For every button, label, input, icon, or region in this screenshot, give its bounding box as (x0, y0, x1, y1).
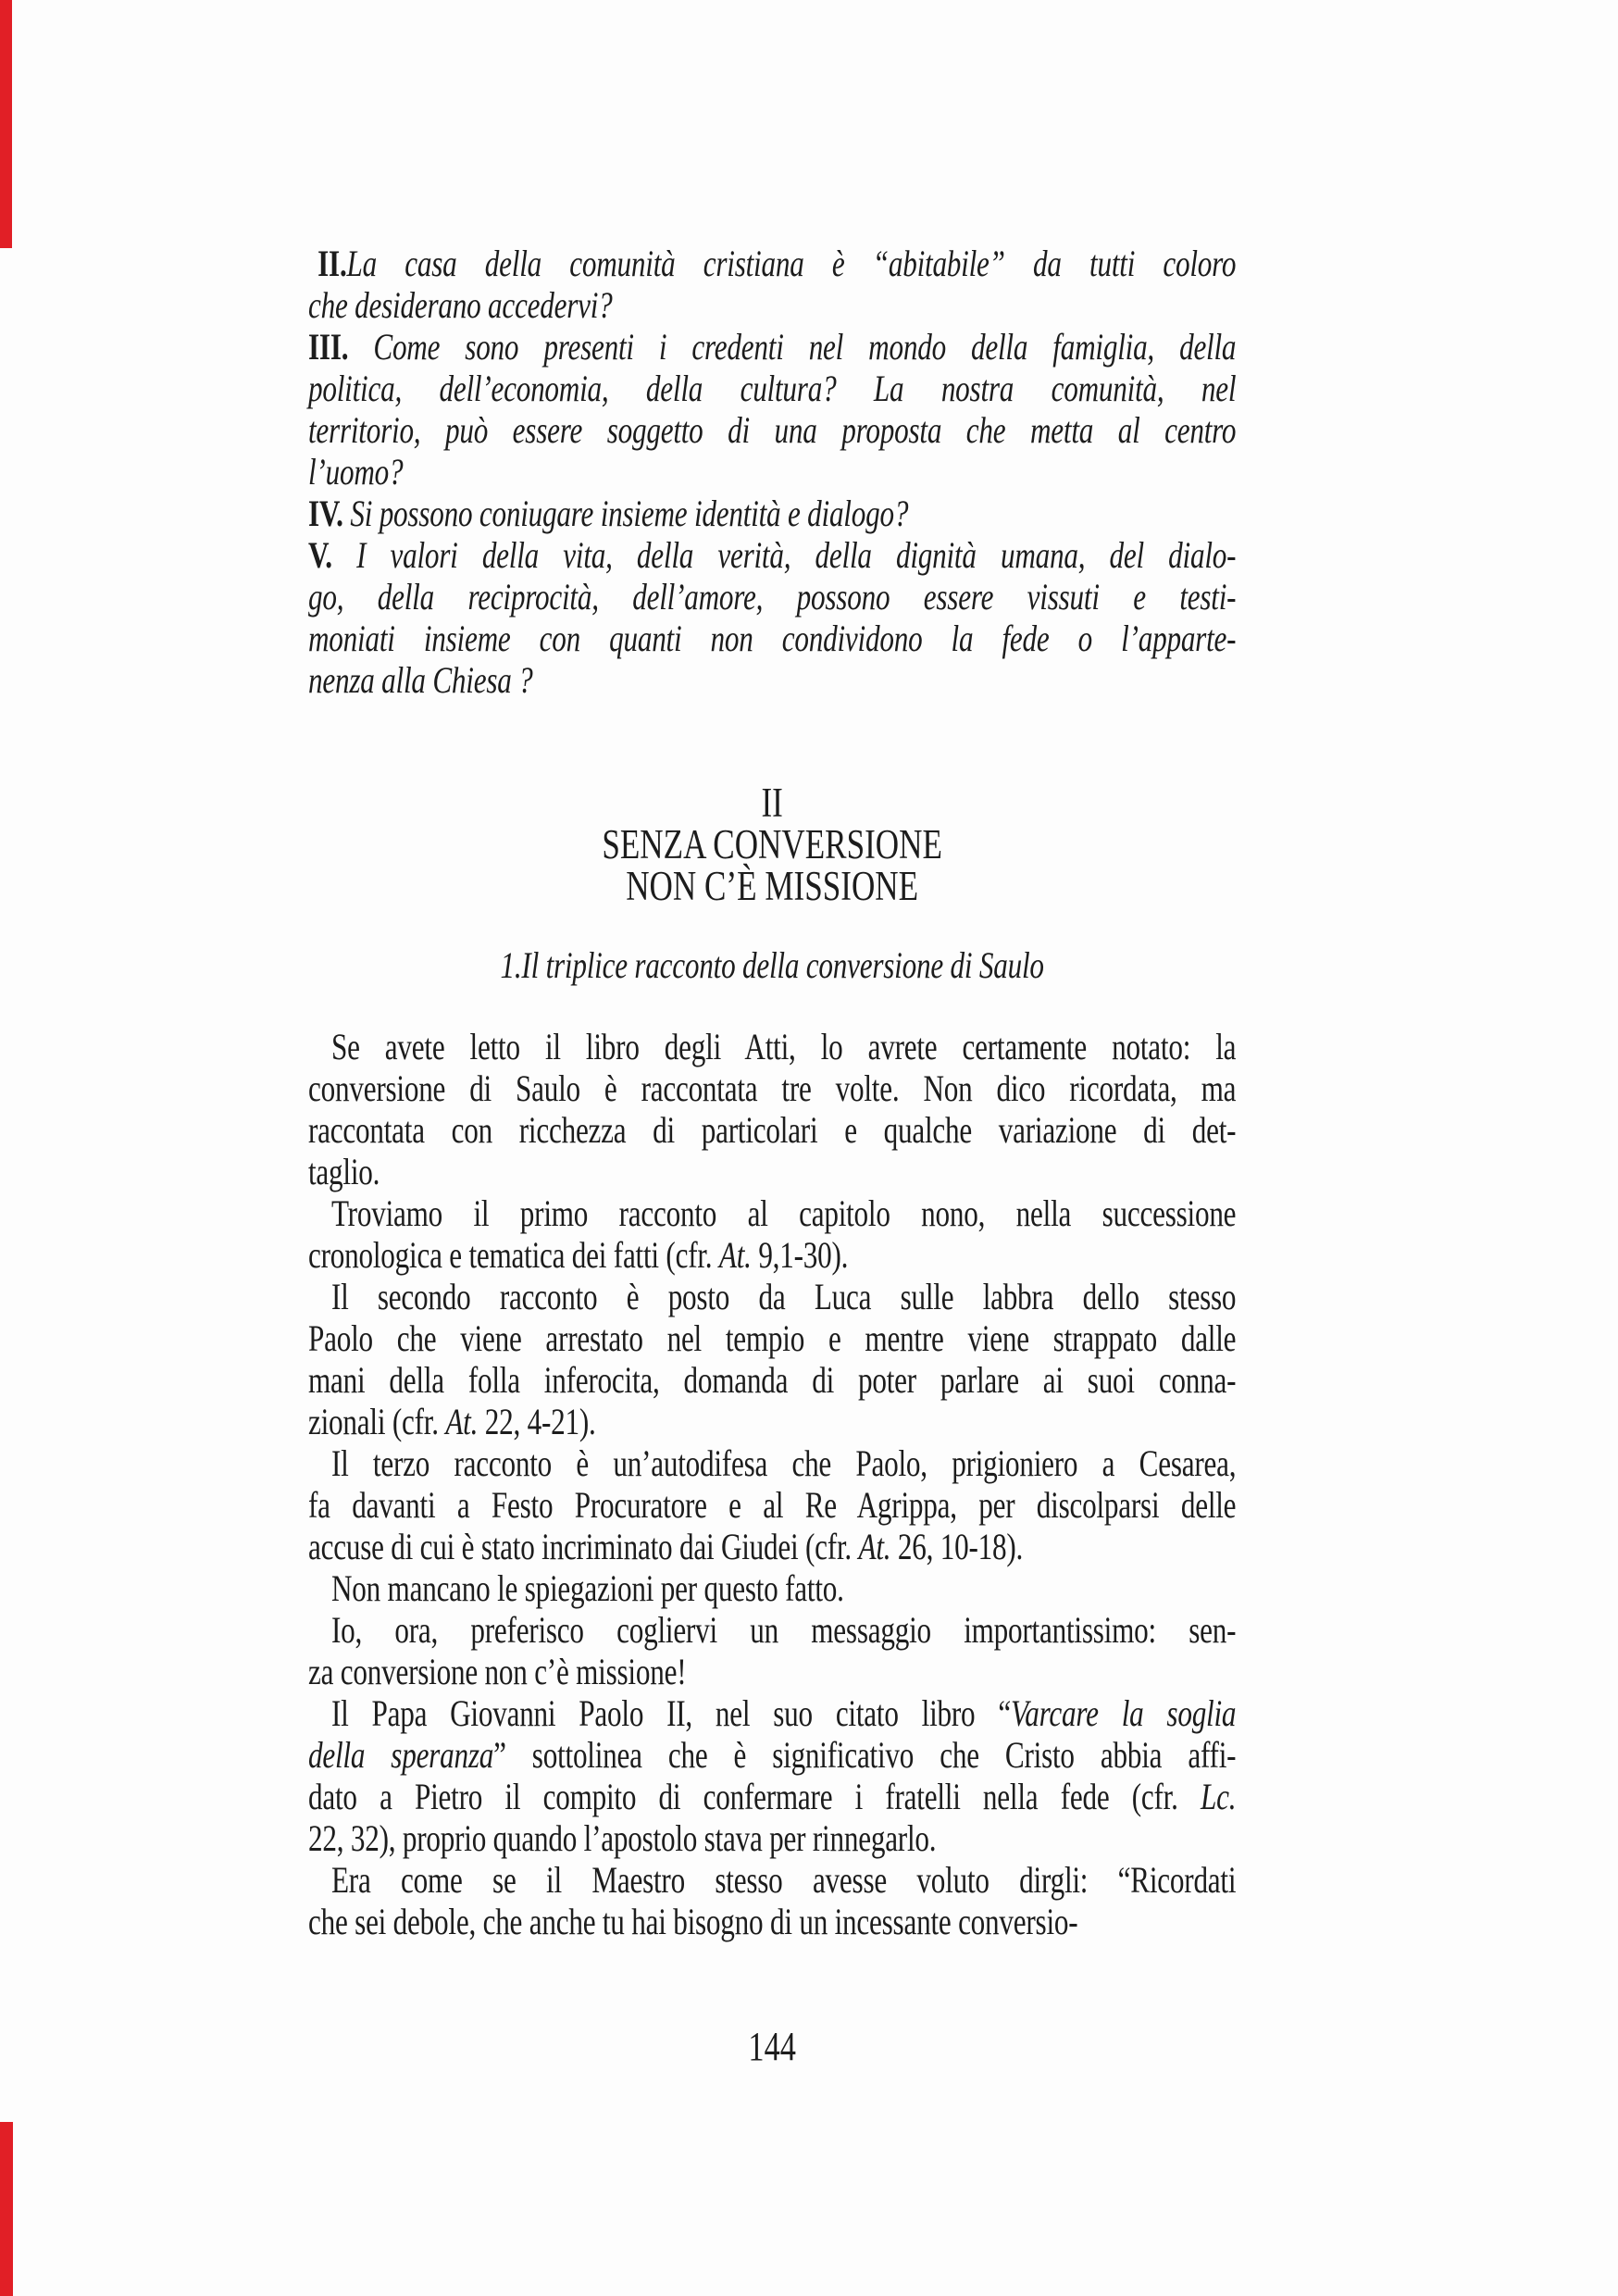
text-segment: zionali (cfr. (308, 1401, 445, 1442)
text-line: che desiderano accedervi? (308, 284, 1236, 326)
section-subtitle: 1.Il triplice racconto della conversione… (308, 944, 1236, 986)
page-number: 144 (308, 2026, 1236, 2067)
discussion-questions: II.La casa della comunità cristiana è “a… (308, 243, 1236, 701)
text-line: dato a Pietro il compito di confermare i… (308, 1776, 1236, 1817)
text-segment: dato a Pietro il compito di confermare i… (308, 1776, 1201, 1817)
text-segment: Lc. (1201, 1776, 1236, 1817)
text-segment: 26, 10-18). (890, 1526, 1023, 1567)
page-number-text: 144 (308, 2026, 1236, 2067)
text-segment: za conversione non c’è missione! (308, 1651, 686, 1692)
text-segment: fa davanti a Festo Procuratore e al Re A… (308, 1484, 1236, 1526)
text-segment: taglio. (308, 1151, 380, 1192)
text-segment: l’uomo? (308, 451, 403, 493)
text-line: Paolo che viene arrestato nel tempio e m… (308, 1317, 1236, 1359)
text-segment: cronologica e tematica dei fatti (cfr. (308, 1234, 719, 1276)
text-segment: che sei debole, che anche tu hai bisogno… (308, 1901, 1077, 1942)
chapter-numeral: II (308, 782, 1236, 824)
text-segment: accuse di cui è stato incriminato dai Gi… (308, 1526, 859, 1567)
text-segment: ” sottolinea che è significativo che Cri… (493, 1734, 1236, 1776)
text-line: IV. Si possono coniugare insieme identit… (308, 493, 1236, 534)
text-segment: moniati insieme con quanti non condivido… (308, 618, 1236, 659)
section-subtitle-text: 1.Il triplice racconto della conversione… (308, 944, 1236, 986)
text-line: V. I valori della vita, della verità, de… (308, 534, 1236, 576)
text-segment: nenza alla Chiesa ? (308, 659, 533, 701)
text-segment: Io, ora, preferisco cogliervi un messagg… (331, 1609, 1236, 1651)
text-line: Se avete letto il libro degli Atti, lo a… (308, 1026, 1236, 1067)
text-line: Il Papa Giovanni Paolo II, nel suo citat… (308, 1692, 1236, 1734)
text-line: territorio, può essere soggetto di una p… (308, 409, 1236, 451)
text-segment: Il terzo racconto è un’autodifesa che Pa… (331, 1442, 1236, 1484)
text-segment: Il Papa Giovanni Paolo II, nel suo citat… (331, 1692, 1011, 1734)
text-line: go, della reciprocità, dell’amore, posso… (308, 576, 1236, 618)
chapter-heading: II SENZA CONVERSIONE NON C’È MISSIONE (308, 782, 1236, 907)
text-segment: go, della reciprocità, dell’amore, posso… (308, 576, 1236, 618)
text-segment: V. (308, 534, 332, 576)
text-line: nenza alla Chiesa ? (308, 659, 1236, 701)
scan-artifact-red-strip-bottom (0, 2122, 13, 2296)
text-line: accuse di cui è stato incriminato dai Gi… (308, 1526, 1236, 1567)
text-line: II.La casa della comunità cristiana è “a… (308, 243, 1236, 284)
text-line: della speranza” sottolinea che è signifi… (308, 1734, 1236, 1776)
text-segment: politica, dell’economia, della cultura? … (308, 368, 1236, 409)
text-segment: III. (308, 326, 348, 368)
text-segment: La casa della comunità cristiana è “abit… (347, 243, 1237, 284)
text-segment: Non mancano le spiegazioni per questo fa… (331, 1567, 844, 1609)
text-line: zionali (cfr. At. 22, 4-21). (308, 1401, 1236, 1442)
text-line: III. Come sono presenti i credenti nel m… (308, 326, 1236, 368)
text-segment: conversione di Saulo è raccontata tre vo… (308, 1067, 1236, 1109)
text-segment: II. (317, 243, 346, 284)
chapter-title-line2: NON C’È MISSIONE (308, 866, 1236, 907)
body-text: Se avete letto il libro degli Atti, lo a… (308, 1026, 1236, 1942)
text-line: taglio. (308, 1151, 1236, 1192)
text-segment: Varcare la soglia (1011, 1692, 1236, 1734)
text-segment: 22, 32), proprio quando l’apostolo stava… (308, 1817, 936, 1859)
book-page: II.La casa della comunità cristiana è “a… (0, 0, 1618, 2296)
text-segment: Se avete letto il libro degli Atti, lo a… (331, 1026, 1236, 1067)
text-line: Non mancano le spiegazioni per questo fa… (308, 1567, 1236, 1609)
text-segment: At. (859, 1526, 891, 1567)
text-segment: 22, 4-21). (478, 1401, 595, 1442)
text-line: Era come se il Maestro stesso avesse vol… (308, 1859, 1236, 1901)
text-segment: territorio, può essere soggetto di una p… (308, 409, 1236, 451)
text-segment: che desiderano accedervi? (308, 284, 613, 326)
text-segment: I valori della vita, della verità, della… (332, 534, 1236, 576)
text-line: mani della folla inferocita, domanda di … (308, 1359, 1236, 1401)
text-line: l’uomo? (308, 451, 1236, 493)
text-segment: mani della folla inferocita, domanda di … (308, 1359, 1236, 1401)
text-line: 22, 32), proprio quando l’apostolo stava… (308, 1817, 1236, 1859)
text-segment: At. (445, 1401, 478, 1442)
text-line: moniati insieme con quanti non condivido… (308, 618, 1236, 659)
text-line: za conversione non c’è missione! (308, 1651, 1236, 1692)
text-segment: 9,1-30). (752, 1234, 848, 1276)
text-line: Troviamo il primo racconto al capitolo n… (308, 1192, 1236, 1234)
text-line: conversione di Saulo è raccontata tre vo… (308, 1067, 1236, 1109)
scan-artifact-red-strip-top (0, 0, 12, 248)
text-segment: della speranza (308, 1734, 493, 1776)
text-segment: Il secondo racconto è posto da Luca sull… (331, 1276, 1236, 1317)
text-line: Io, ora, preferisco cogliervi un messagg… (308, 1609, 1236, 1651)
text-line: cronologica e tematica dei fatti (cfr. A… (308, 1234, 1236, 1276)
text-segment: Si possono coniugare insieme identità e … (343, 493, 908, 534)
text-segment: Era come se il Maestro stesso avesse vol… (331, 1859, 1236, 1901)
text-line: raccontata con ricchezza di particolari … (308, 1109, 1236, 1151)
text-line: Il secondo racconto è posto da Luca sull… (308, 1276, 1236, 1317)
text-line: che sei debole, che anche tu hai bisogno… (308, 1901, 1236, 1942)
text-line: fa davanti a Festo Procuratore e al Re A… (308, 1484, 1236, 1526)
chapter-title-line1: SENZA CONVERSIONE (308, 824, 1236, 866)
text-segment: Paolo che viene arrestato nel tempio e m… (308, 1317, 1236, 1359)
text-segment: Come sono presenti i credenti nel mondo … (348, 326, 1236, 368)
text-segment: IV. (308, 493, 343, 534)
text-segment: raccontata con ricchezza di particolari … (308, 1109, 1236, 1151)
text-segment: At. (719, 1234, 752, 1276)
text-segment: Troviamo il primo racconto al capitolo n… (331, 1192, 1236, 1234)
text-line: politica, dell’economia, della cultura? … (308, 368, 1236, 409)
text-line: Il terzo racconto è un’autodifesa che Pa… (308, 1442, 1236, 1484)
